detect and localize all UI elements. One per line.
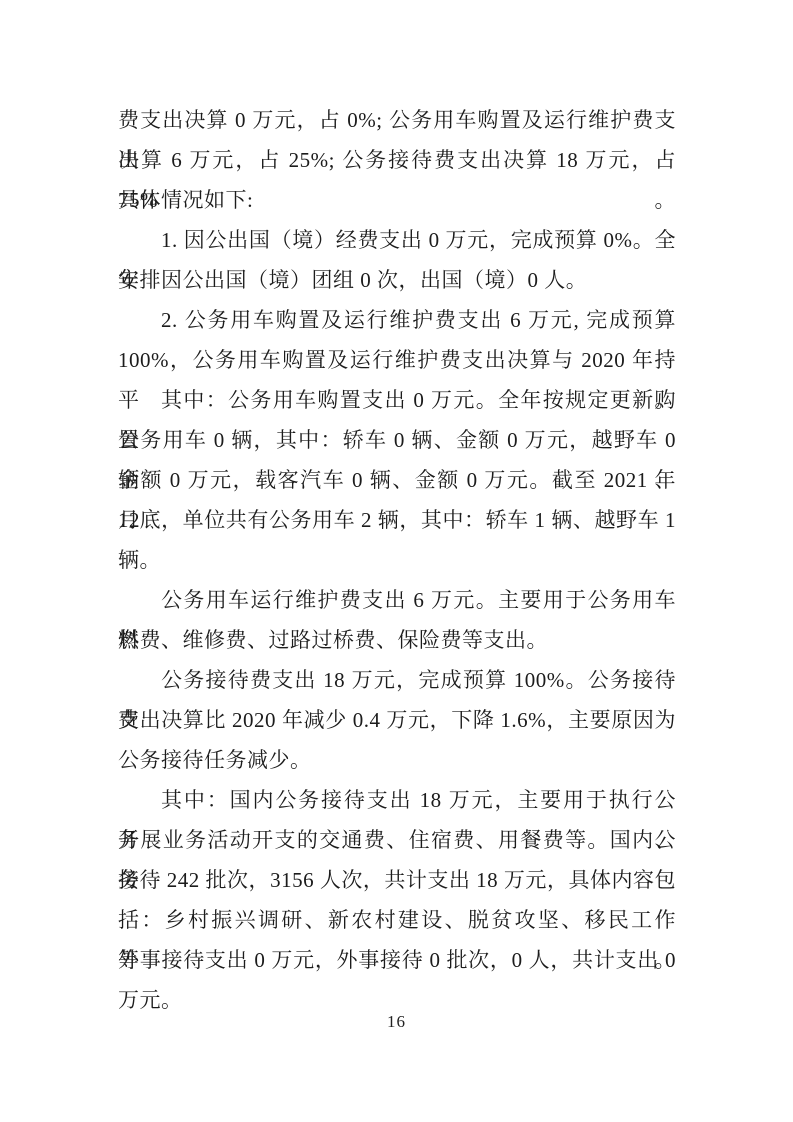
text-line: 费支出决算 0 万元，占 0%; 公务用车购置及运行维护费支出	[118, 100, 676, 140]
text-line: 2. 公务用车购置及运行维护费支出 6 万元, 完成预算	[118, 300, 676, 340]
text-line: 安排因公出国（境）团组 0 次，出国（境）0 人。	[118, 260, 676, 300]
text-line: 月底，单位共有公务用车 2 辆，其中：轿车 1 辆、越野车 1	[118, 500, 676, 540]
text-line: 100%，公务用车购置及运行维护费支出决算与 2020 年持平。	[118, 340, 676, 380]
text-line: 支出决算比 2020 年减少 0.4 万元，下降 1.6%，主要原因为	[118, 700, 676, 740]
text-line: 公务用车 0 辆，其中：轿车 0 辆、金额 0 万元，越野车 0 辆、	[118, 420, 676, 460]
text-line: 接待 242 批次，3156 人次，共计支出 18 万元，具体内容包	[118, 860, 676, 900]
text-line: 公务接待费支出 18 万元，完成预算 100%。公务接待费	[118, 660, 676, 700]
text-line: 括：乡村振兴调研、新农村建设、脱贫攻坚、移民工作等。	[118, 900, 676, 940]
text-line: 其中：国内公务接待支出 18 万元，主要用于执行公务、	[118, 780, 676, 820]
document-page: 费支出决算 0 万元，占 0%; 公务用车购置及运行维护费支出决算 6 万元，占…	[0, 0, 793, 1122]
text-line: 决算 6 万元，占 25%; 公务接待费支出决算 18 万元，占 75%。	[118, 140, 676, 180]
page-footer: 16	[0, 1012, 793, 1032]
text-line: 外事接待支出 0 万元，外事接待 0 批次，0 人，共计支出 0	[118, 940, 676, 980]
text-line: 公务接待任务减少。	[118, 740, 676, 780]
document-body: 费支出决算 0 万元，占 0%; 公务用车购置及运行维护费支出决算 6 万元，占…	[118, 100, 676, 1020]
text-line: 辆。	[118, 540, 676, 580]
page-number: 16	[387, 1012, 406, 1031]
text-line: 开展业务活动开支的交通费、住宿费、用餐费等。国内公务	[118, 820, 676, 860]
text-line: 料费、维修费、过路过桥费、保险费等支出。	[118, 620, 676, 660]
text-line: 公务用车运行维护费支出 6 万元。主要用于公务用车燃	[118, 580, 676, 620]
text-line: 1. 因公出国（境）经费支出 0 万元，完成预算 0%。全年	[118, 220, 676, 260]
text-line: 金额 0 万元，载客汽车 0 辆、金额 0 万元。截至 2021 年 12	[118, 460, 676, 500]
text-line: 其中：公务用车购置支出 0 万元。全年按规定更新购置	[118, 380, 676, 420]
